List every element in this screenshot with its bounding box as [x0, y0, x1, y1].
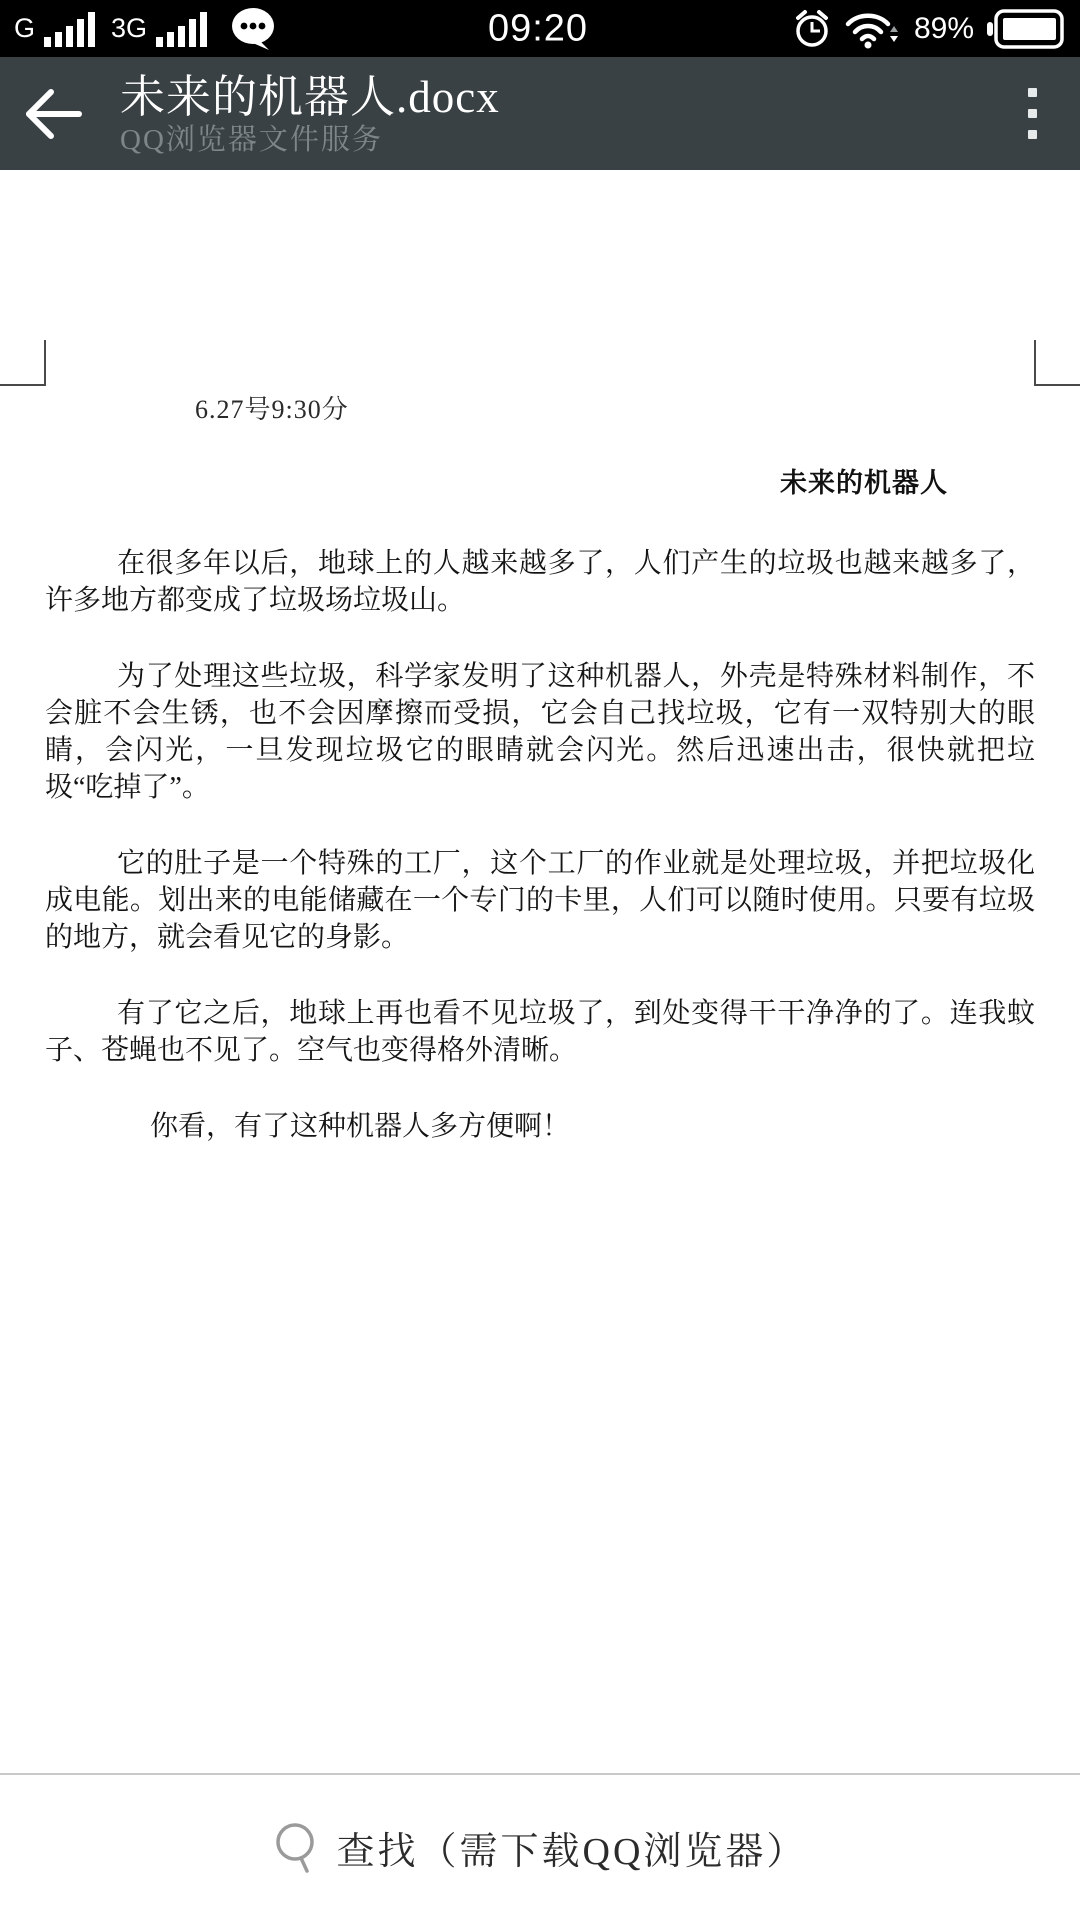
battery-percent: 89%: [914, 12, 974, 46]
page-corner-mark-right: [1034, 340, 1080, 386]
bottom-search-bar[interactable]: 查找（需下载QQ浏览器）: [0, 1773, 1080, 1920]
status-right-cluster: 89%: [792, 0, 1064, 57]
app-bar: 未来的机器人.docx QQ浏览器文件服务: [0, 57, 1080, 170]
search-label: 查找（需下载QQ浏览器）: [337, 1820, 808, 1875]
document-paragraph: 有了它之后，地球上再也看不见垃圾了，到处变得干干净净的了。连我蚊子、苍蝇也不见了…: [45, 995, 1035, 1069]
carrier-g-label: G: [14, 15, 35, 42]
search-icon: [273, 1822, 321, 1874]
document-heading: 未来的机器人: [45, 465, 1035, 502]
status-left-cluster: G 3G: [0, 7, 281, 51]
document-paragraph: 为了处理这些垃圾，科学家发明了这种机器人，外壳是特殊材料制作，不会脏不会生锈，也…: [45, 658, 1035, 806]
document-viewport[interactable]: 6.27号9:30分 未来的机器人 在很多年以后，地球上的人越来越多了，人们产生…: [0, 170, 1080, 1773]
signal-bars-icon: [44, 11, 102, 47]
kebab-menu-icon: [1028, 109, 1037, 118]
document-date-line: 6.27号9:30分: [195, 391, 1035, 428]
page-corner-mark-left: [0, 340, 46, 386]
chat-bubble-icon: [229, 7, 281, 51]
carrier-3g-label: 3G: [111, 15, 147, 42]
kebab-menu-icon: [1028, 88, 1037, 97]
app-bar-titles: 未来的机器人.docx QQ浏览器文件服务: [120, 71, 984, 157]
file-service-label: QQ浏览器文件服务: [120, 123, 984, 157]
battery-icon: [986, 9, 1064, 49]
document-paragraph: 你看，有了这种机器人多方便啊！: [45, 1108, 1035, 1145]
document-paragraph: 它的肚子是一个特殊的工厂，这个工厂的作业就是处理垃圾，并把垃圾化成电能。划出来的…: [45, 845, 1035, 956]
document-content: 6.27号9:30分 未来的机器人 在很多年以后，地球上的人越来越多了，人们产生…: [0, 170, 1080, 1145]
alarm-clock-icon: [792, 8, 832, 50]
kebab-menu-icon: [1028, 130, 1037, 139]
status-bar: G 3G 09: [0, 0, 1080, 57]
document-paragraphs: 在很多年以后，地球上的人越来越多了，人们产生的垃圾也越来越多了，许多地方都变成了…: [45, 545, 1035, 1145]
overflow-menu-button[interactable]: [984, 57, 1080, 170]
file-title-label: 未来的机器人.docx: [120, 71, 984, 123]
back-arrow-icon: [25, 88, 83, 140]
signal-bars-icon: [156, 11, 214, 47]
phone-screen: G 3G 09: [0, 0, 1080, 1920]
document-paragraph: 在很多年以后，地球上的人越来越多了，人们产生的垃圾也越来越多了，许多地方都变成了…: [45, 545, 1035, 619]
back-button[interactable]: [0, 57, 108, 170]
status-clock: 09:20: [488, 7, 588, 50]
wifi-icon: [844, 8, 902, 50]
